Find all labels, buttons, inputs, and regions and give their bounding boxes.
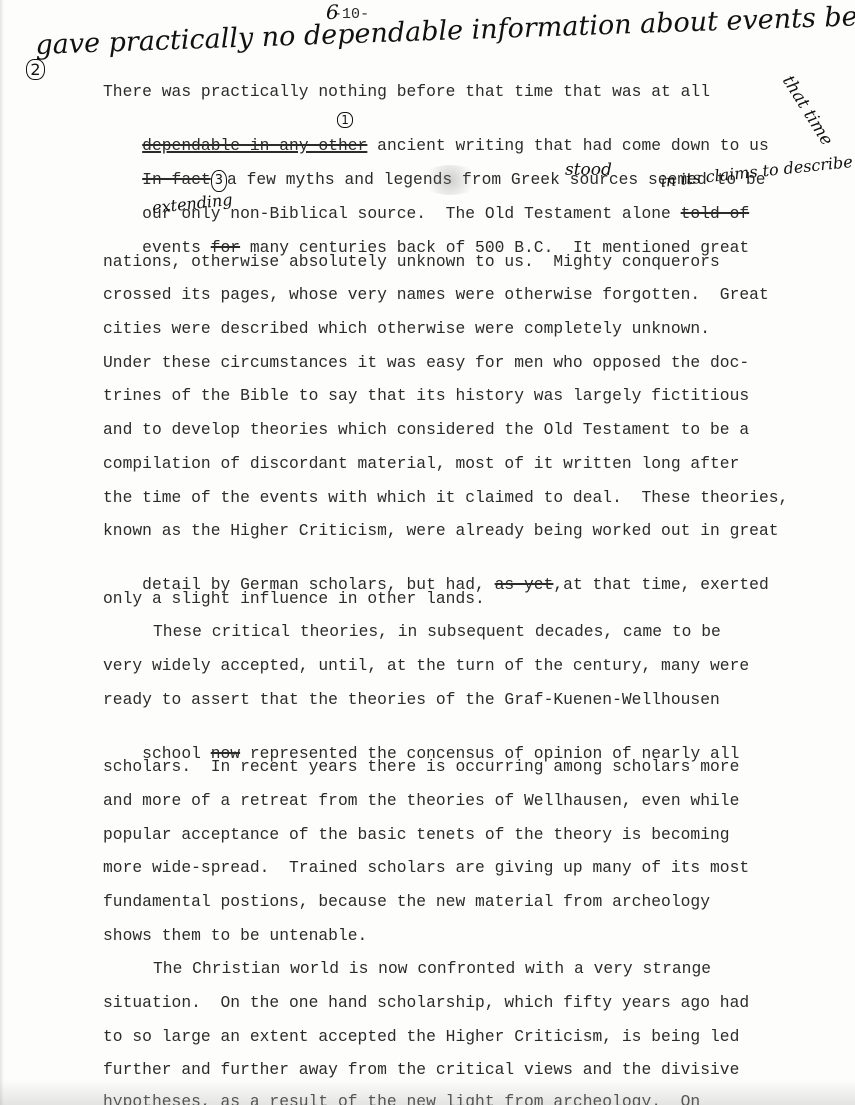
document-page: 2 gave practically no dependable informa… (0, 0, 855, 1105)
text-line-25: fundamental postions, because the new ma… (103, 892, 710, 912)
handwritten-insert-stood: stood (565, 160, 612, 180)
text-line-17: These critical theories, in subsequent d… (153, 622, 721, 642)
text-line-8: cities were described which otherwise we… (103, 319, 710, 339)
text-line-24: more wide-spread. Trained scholars are g… (103, 858, 749, 878)
text-line-14: known as the Higher Criticism, were alre… (103, 521, 779, 541)
text-line-19: ready to assert that the theories of the… (103, 690, 720, 710)
text-line-12: compilation of discordant material, most… (103, 454, 739, 474)
text-line-27: The Christian world is now confronted wi… (153, 959, 711, 979)
handwritten-insert-top: gave practically no dependable informati… (35, 0, 855, 61)
text-line-10: trines of the Bible to say that its hist… (103, 386, 749, 406)
text-line-16: only a slight influence in other lands. (103, 589, 485, 609)
text-line-11: and to develop theories which considered… (103, 420, 749, 440)
text-line-30: further and further away from the critic… (103, 1060, 739, 1080)
text-line-29: to so large an extent accepted the Highe… (103, 1027, 739, 1047)
line-text: ,at that time, exerted (553, 575, 768, 594)
text-line-13: the time of the events with which it cla… (103, 488, 788, 508)
text-line-31: hypotheses, as a result of the new light… (103, 1092, 700, 1105)
text-line-1: There was practically nothing before tha… (103, 82, 710, 102)
text-line-21: scholars. In recent years there is occur… (103, 757, 739, 777)
handwritten-insert-continuation: that time (778, 72, 837, 149)
text-line-23: popular acceptance of the basic tenets o… (103, 825, 730, 845)
circle-marker-1: 1 (322, 98, 353, 142)
text-line-7: crossed its pages, whose very names were… (103, 285, 769, 305)
text-line-26: shows them to be untenable. (103, 926, 367, 946)
page-mark: 6 (326, 0, 339, 24)
text-line-9: Under these circumstances it was easy fo… (103, 353, 749, 373)
text-line-18: very widely accepted, until, at the turn… (103, 656, 749, 676)
scan-edge (0, 0, 4, 1105)
struck-text: as yet (495, 575, 554, 594)
text-line-22: and more of a retreat from the theories … (103, 791, 739, 811)
text-line-28: situation. On the one hand scholarship, … (103, 993, 749, 1013)
text-line-6: nations, otherwise absolutely unknown to… (103, 252, 720, 272)
